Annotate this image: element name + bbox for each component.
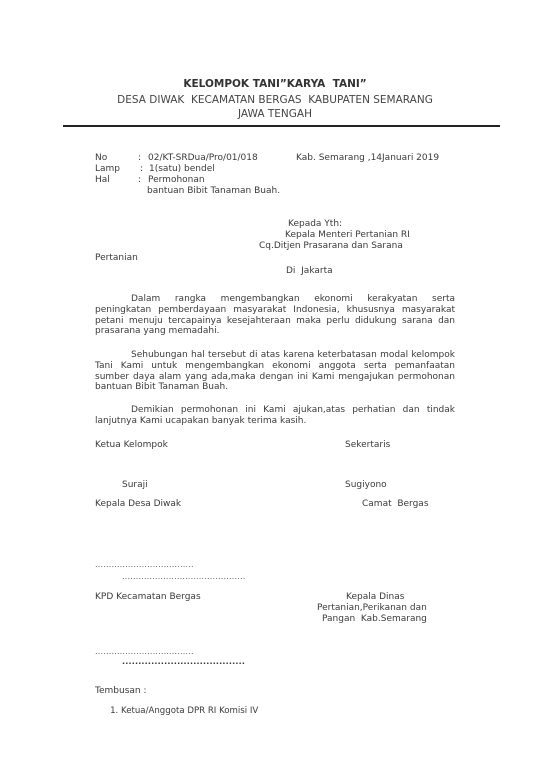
lamp-value: 1(satu) bendel [149, 164, 215, 175]
hal-label: Hal [95, 175, 110, 186]
camat-title: Camat Bergas [362, 499, 429, 510]
village-head-signature-dots: .................................... [95, 560, 194, 569]
body-paragraph-3-text: Demikian permohonan ini Kami ajukan,atas… [95, 405, 455, 427]
organization-title: KELOMPOK TANI”KARYA TANI” [0, 79, 550, 90]
letterhead-divider [63, 125, 500, 127]
dinas-title-line1: Kepala Dinas [346, 592, 404, 603]
dinas-title-line2: Pertanian,Perikanan dan [317, 603, 427, 614]
kpd-signature-dots: .................................... [95, 647, 194, 656]
body-paragraph-1: Dalam rangka mengembangkan ekonomi kerak… [95, 294, 455, 337]
secretary-title: Sekertaris [345, 440, 390, 451]
recipient-line2: Cq.Ditjen Prasarana dan Sarana [259, 241, 403, 252]
organization-address-line2: JAWA TENGAH [0, 109, 550, 120]
letter-date: Kab. Semarang ,14Januari 2019 [296, 153, 439, 164]
chair-title: Ketua Kelompok [95, 440, 168, 451]
chair-name: Suraji [122, 480, 148, 491]
dinas-signature-dots: ...................................... [122, 657, 245, 666]
recipient-location: Di Jakarta [286, 266, 333, 277]
recipient-line3: Pertanian [95, 253, 138, 264]
body-paragraph-3: Demikian permohonan ini Kami ajukan,atas… [95, 405, 455, 427]
recipient-greeting: Kepada Yth: [288, 219, 342, 230]
village-head-title: Kepala Desa Diwak [95, 499, 181, 510]
secretary-name: Sugiyono [345, 480, 387, 491]
no-value: 02/KT-SRDua/Pro/01/018 [148, 153, 258, 164]
hal-value-line1: Permohonan [148, 175, 205, 186]
copies-label: Tembusan : [95, 686, 147, 697]
dinas-title-line3: Pangan Kab.Semarang [322, 614, 427, 625]
copies-item: Ketua/Anggota DPR RI Komisi IV [121, 706, 258, 717]
organization-address-line1: DESA DIWAK KECAMATAN BERGAS KABUPATEN SE… [0, 95, 550, 106]
copies-list: Ketua/Anggota DPR RI Komisi IV [95, 706, 258, 717]
kpd-title: KPD Kecamatan Bergas [95, 592, 201, 603]
body-paragraph-2: Sehubungan hal tersebut di atas karena k… [95, 350, 455, 393]
hal-value-line2: bantuan Bibit Tanaman Buah. [147, 186, 280, 197]
no-label: No [95, 153, 107, 164]
body-paragraph-2-text: Sehubungan hal tersebut di atas karena k… [95, 350, 455, 393]
recipient-line1: Kepala Menteri Pertanian RI [285, 230, 410, 241]
lamp-separator: : [140, 164, 143, 175]
no-separator: : [138, 153, 141, 164]
camat-signature-dots: ........................................… [122, 572, 245, 581]
body-paragraph-1-text: Dalam rangka mengembangkan ekonomi kerak… [95, 294, 455, 337]
lamp-label: Lamp [95, 164, 120, 175]
hal-separator: : [138, 175, 141, 186]
